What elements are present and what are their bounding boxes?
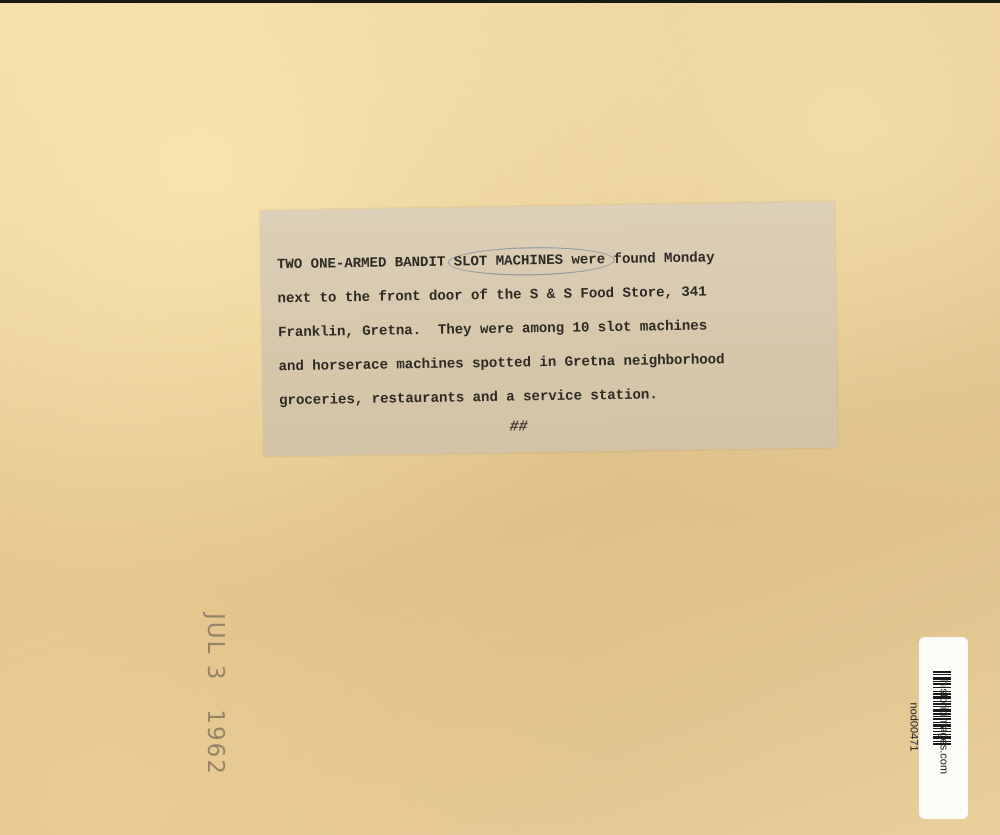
caption-line-1-prefix: TWO ONE-ARMED BANDIT <box>277 254 454 273</box>
caption-line-5: groceries, restaurants and a service sta… <box>279 376 829 419</box>
barcode-label: historicimages.com nod00471 <box>919 637 968 819</box>
barcode-site-text: historicimages.com <box>938 661 950 794</box>
circled-phrase: SLOT MACHINES <box>453 244 563 280</box>
end-mark: ## <box>509 418 527 435</box>
barcode-id-text: nod00471 <box>908 661 920 794</box>
caption-text: TWO ONE-ARMED BANDIT SLOT MACHINES were … <box>277 240 830 419</box>
caption-slip: TWO ONE-ARMED BANDIT SLOT MACHINES were … <box>260 202 838 457</box>
date-stamp: JUL 3 1962 <box>202 613 228 753</box>
